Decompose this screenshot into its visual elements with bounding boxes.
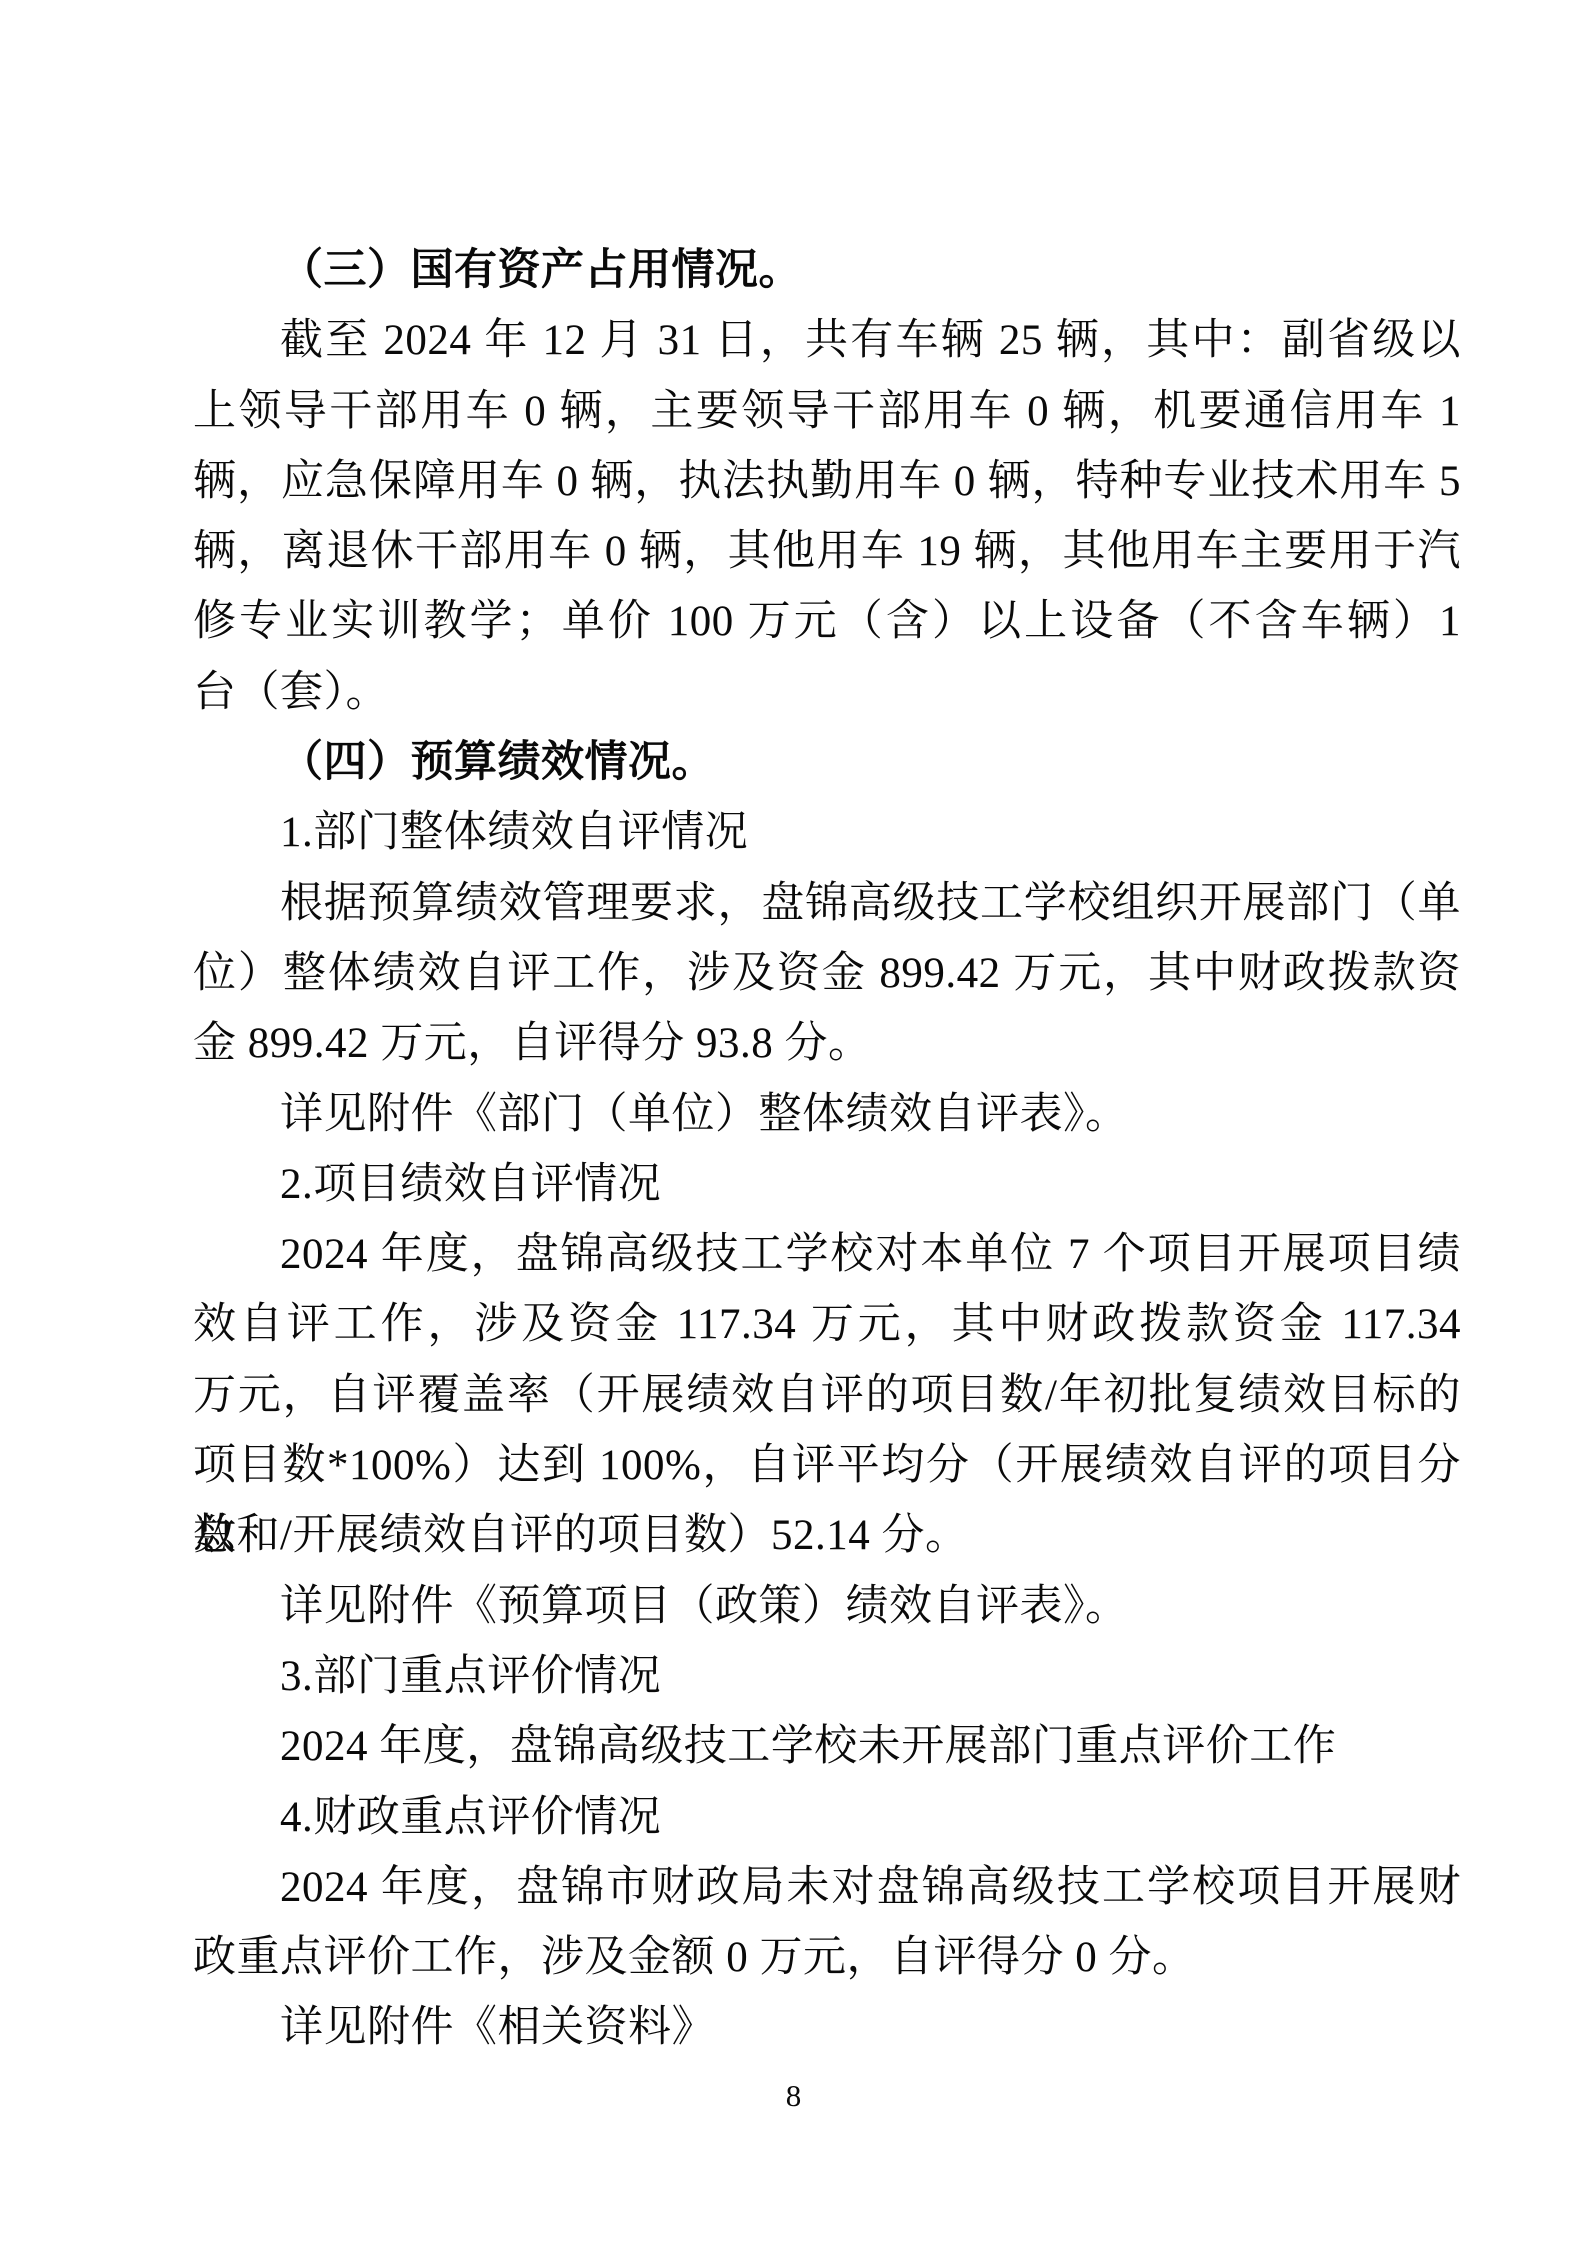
text-line: 截至 2024 年 12 月 31 日，共有车辆 25 辆，其中：副省级以 <box>193 306 1461 376</box>
document-content: （三）国有资产占用情况。截至 2024 年 12 月 31 日，共有车辆 25 … <box>193 236 1461 2064</box>
text-line: 台（套）。 <box>193 658 1461 728</box>
text-line: 效自评工作，涉及资金 117.34 万元，其中财政拨款资金 117.34 <box>193 1290 1461 1360</box>
text-line: 3.部门重点评价情况 <box>193 1642 1461 1712</box>
paragraph: 4.财政重点评价情况 <box>193 1783 1461 1853</box>
text-line: 金 899.42 万元，自评得分 93.8 分。 <box>193 1009 1461 1079</box>
text-line: 2024 年度，盘锦高级技工学校未开展部门重点评价工作 <box>193 1712 1461 1782</box>
text-line: 4.财政重点评价情况 <box>193 1783 1461 1853</box>
text-line: 政重点评价工作，涉及金额 0 万元，自评得分 0 分。 <box>193 1923 1461 1993</box>
paragraph: 3.部门重点评价情况 <box>193 1642 1461 1712</box>
text-line: 项目数*100%）达到 100%，自评平均分（开展绩效自评的项目分数 <box>193 1431 1461 1501</box>
text-line: 详见附件《预算项目（政策）绩效自评表》。 <box>193 1572 1461 1642</box>
page-number: 8 <box>0 2078 1587 2114</box>
text-line: 1.部门整体绩效自评情况 <box>193 798 1461 868</box>
paragraph: 2024 年度，盘锦市财政局未对盘锦高级技工学校项目开展财政重点评价工作，涉及金… <box>193 1853 1461 1994</box>
paragraph: 2024 年度，盘锦高级技工学校未开展部门重点评价工作 <box>193 1712 1461 1782</box>
text-line: （三）国有资产占用情况。 <box>193 236 1461 306</box>
text-line: 辆，应急保障用车 0 辆，执法执勤用车 0 辆，特种专业技术用车 5 <box>193 447 1461 517</box>
paragraph: 详见附件《相关资料》 <box>193 1993 1461 2063</box>
section-heading: （四）预算绩效情况。 <box>193 728 1461 798</box>
text-line: 根据预算绩效管理要求，盘锦高级技工学校组织开展部门（单 <box>193 869 1461 939</box>
text-line: 详见附件《部门（单位）整体绩效自评表》。 <box>193 1080 1461 1150</box>
paragraph: 2024 年度，盘锦高级技工学校对本单位 7 个项目开展项目绩效自评工作，涉及资… <box>193 1220 1461 1571</box>
paragraph: 2.项目绩效自评情况 <box>193 1150 1461 1220</box>
document-page: （三）国有资产占用情况。截至 2024 年 12 月 31 日，共有车辆 25 … <box>0 0 1587 2245</box>
text-line: 辆，离退休干部用车 0 辆，其他用车 19 辆，其他用车主要用于汽 <box>193 517 1461 587</box>
text-line: 修专业实训教学；单价 100 万元（含）以上设备（不含车辆）1 <box>193 587 1461 657</box>
text-line: 2.项目绩效自评情况 <box>193 1150 1461 1220</box>
text-line: 总和/开展绩效自评的项目数）52.14 分。 <box>193 1501 1461 1571</box>
text-line: 上领导干部用车 0 辆，主要领导干部用车 0 辆，机要通信用车 1 <box>193 377 1461 447</box>
text-line: 位）整体绩效自评工作，涉及资金 899.42 万元，其中财政拨款资 <box>193 939 1461 1009</box>
text-line: 2024 年度，盘锦高级技工学校对本单位 7 个项目开展项目绩 <box>193 1220 1461 1290</box>
section-heading: （三）国有资产占用情况。 <box>193 236 1461 306</box>
paragraph: 详见附件《部门（单位）整体绩效自评表》。 <box>193 1080 1461 1150</box>
text-line: 详见附件《相关资料》 <box>193 1993 1461 2063</box>
paragraph: 详见附件《预算项目（政策）绩效自评表》。 <box>193 1572 1461 1642</box>
text-line: 万元，自评覆盖率（开展绩效自评的项目数/年初批复绩效目标的 <box>193 1361 1461 1431</box>
paragraph: 截至 2024 年 12 月 31 日，共有车辆 25 辆，其中：副省级以上领导… <box>193 306 1461 728</box>
paragraph: 1.部门整体绩效自评情况 <box>193 798 1461 868</box>
paragraph: 根据预算绩效管理要求，盘锦高级技工学校组织开展部门（单位）整体绩效自评工作，涉及… <box>193 869 1461 1080</box>
text-line: 2024 年度，盘锦市财政局未对盘锦高级技工学校项目开展财 <box>193 1853 1461 1923</box>
text-line: （四）预算绩效情况。 <box>193 728 1461 798</box>
